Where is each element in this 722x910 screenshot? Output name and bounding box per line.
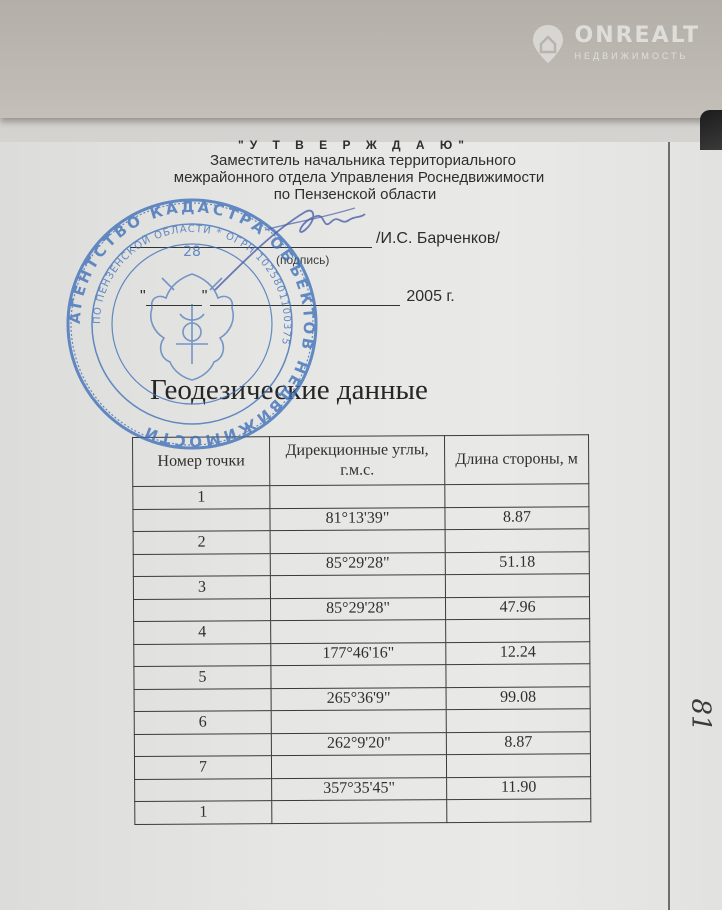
cell-point-number: 7 — [134, 756, 271, 779]
approval-block: "У Т В Е Р Ж Д А Ю" Заместитель начальни… — [0, 138, 722, 203]
date-close-quote: " — [202, 288, 208, 306]
cell-side-length — [446, 619, 590, 642]
cell-side-length — [445, 529, 589, 552]
cell-point-number: 1 — [135, 801, 272, 824]
cell-side-length: 99.08 — [446, 686, 590, 709]
cell-direction-angle — [270, 575, 445, 599]
cell-point-number — [133, 508, 270, 531]
cell-side-length — [446, 709, 590, 732]
table-row: 1 — [135, 799, 591, 824]
table-row: 6 — [134, 709, 590, 734]
cell-side-length: 8.87 — [446, 731, 590, 754]
date-row: " " 2005 г. — [140, 288, 455, 306]
approval-line-2: межрайонного отдела Управления Роснедвиж… — [0, 169, 722, 186]
cell-direction-angle — [270, 530, 445, 554]
approval-title: "У Т В Е Р Ж Д А Ю" — [0, 138, 722, 152]
table-row: 265°36'9"99.08 — [134, 686, 590, 711]
cell-side-length: 8.87 — [445, 506, 589, 529]
location-pin-house-icon — [531, 24, 565, 64]
table-row: 4 — [134, 619, 590, 644]
table-row: 7 — [134, 754, 590, 779]
cell-direction-angle: 85°29'28" — [270, 552, 445, 576]
cell-direction-angle: 85°29'28" — [270, 597, 445, 621]
signature-line — [130, 231, 372, 248]
cell-side-length: 51.18 — [445, 551, 589, 574]
page-edge-line — [668, 140, 670, 910]
cell-side-length — [446, 754, 590, 777]
cell-point-number: 2 — [133, 531, 270, 554]
table-row: 2 — [133, 529, 589, 554]
cell-point-number — [134, 688, 271, 711]
table-row: 85°29'28"47.96 — [133, 596, 589, 621]
table-row: 1 — [133, 484, 589, 509]
header-direction-angles: Дирекционные углы, г.м.с. — [270, 436, 445, 486]
cell-direction-angle — [270, 485, 445, 509]
document-heading: Геодезические данные — [150, 374, 428, 407]
table-row: 262°9'20"8.87 — [134, 731, 590, 756]
cell-direction-angle — [271, 620, 446, 644]
table-row: 177°46'16"12.24 — [134, 641, 590, 666]
table-row: 357°35'45"11.90 — [135, 776, 591, 801]
cell-direction-angle: 265°36'9" — [271, 687, 446, 711]
handwritten-page-number: 81 — [686, 698, 716, 731]
approval-line-1: Заместитель начальника территориального — [4, 152, 722, 169]
cell-point-number — [135, 778, 272, 801]
cell-point-number: 5 — [134, 666, 271, 689]
header-side-length: Длина стороны, м — [444, 435, 588, 485]
cell-direction-angle — [271, 710, 446, 734]
date-month-blank — [210, 289, 400, 306]
cell-point-number — [133, 598, 270, 621]
watermark-subtitle: НЕДВИЖИМОСТЬ — [575, 51, 701, 61]
cell-point-number: 6 — [134, 711, 271, 734]
date-year: 2005 г. — [406, 288, 454, 306]
table-row: 85°29'28"51.18 — [133, 551, 589, 576]
onrealt-watermark: ONREALT НЕДВИЖИМОСТЬ — [531, 24, 701, 64]
geodetic-data-table: Номер точки Дирекционные углы, г.м.с. Дл… — [132, 434, 591, 824]
cell-side-length — [447, 799, 591, 822]
cell-side-length — [445, 574, 589, 597]
table-row: 81°13'39"8.87 — [133, 506, 589, 531]
cell-direction-angle: 357°35'45" — [272, 777, 447, 801]
cell-direction-angle: 81°13'39" — [270, 507, 445, 531]
cell-side-length — [446, 664, 590, 687]
signer-name: /И.С. Барченков/ — [376, 230, 500, 248]
cell-point-number — [134, 733, 271, 756]
cell-point-number — [133, 553, 270, 576]
table-body: 181°13'39"8.87285°29'28"51.18385°29'28"4… — [133, 484, 591, 824]
watermark-brand: ONREALT — [575, 24, 701, 48]
cell-side-length — [445, 484, 589, 507]
top-page-sheet: ONREALT НЕДВИЖИМОСТЬ — [0, 0, 722, 118]
cell-point-number — [134, 643, 271, 666]
cell-point-number: 1 — [133, 486, 270, 509]
signature-caption: (подпись) — [276, 253, 329, 267]
date-day-blank — [146, 289, 202, 306]
cell-side-length: 11.90 — [447, 776, 591, 799]
cell-side-length: 47.96 — [445, 596, 589, 619]
table-row: 5 — [134, 664, 590, 689]
cell-direction-angle — [272, 800, 447, 824]
cell-side-length: 12.24 — [446, 641, 590, 664]
cell-direction-angle: 262°9'20" — [271, 732, 446, 756]
cell-point-number: 3 — [133, 576, 270, 599]
signature-row: /И.С. Барченков/ — [130, 230, 500, 248]
approval-line-3: по Пензенской области — [0, 186, 722, 203]
header-point-number: Номер точки — [133, 437, 270, 487]
table-row: 3 — [133, 574, 589, 599]
cell-direction-angle — [271, 665, 446, 689]
cell-direction-angle — [271, 755, 446, 779]
cell-direction-angle: 177°46'16" — [271, 642, 446, 666]
table-header-row: Номер точки Дирекционные углы, г.м.с. Дл… — [133, 435, 589, 487]
cell-point-number: 4 — [134, 621, 271, 644]
